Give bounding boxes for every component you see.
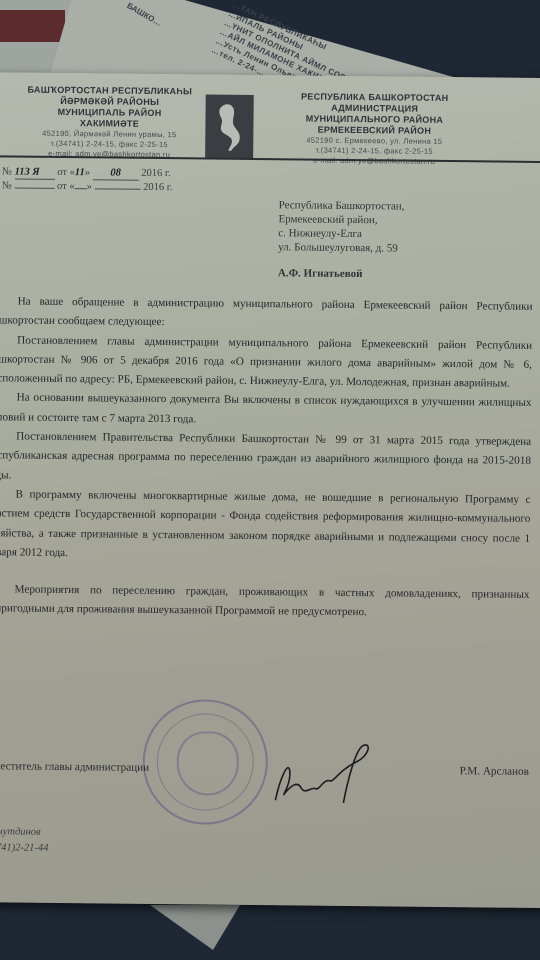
signatory-name: Р.М. Арсланов bbox=[460, 765, 529, 778]
registration-number: № 113 Я от «11» 08 2016 г. № от «» 2016 … bbox=[2, 165, 173, 194]
signatory-title: Заместитель главы администрации bbox=[0, 760, 149, 774]
executor-info: Хуснутдинов (34741)2-21-44 bbox=[0, 824, 49, 857]
paragraph: В программу включены многоквартирные жил… bbox=[0, 485, 531, 568]
letterhead-left: БАШҠОРТОСТАН РЕСПУБЛИКАҺЫ ЙӘРМӘКӘЙ РАЙОН… bbox=[9, 84, 210, 160]
paragraph: Постановлением главы администрации муниц… bbox=[0, 331, 532, 395]
letter-body: На ваше обращение в администрацию муници… bbox=[0, 292, 533, 624]
paragraph: На основании вышеуказанного документа Вы… bbox=[0, 389, 532, 433]
addressee-name: А.Ф. Игнатьевой bbox=[278, 266, 404, 281]
horse-emblem-icon bbox=[205, 94, 254, 158]
registration-line-2: № от «» 2016 г. bbox=[2, 179, 173, 194]
paragraph: Постановлением Правительства Республики … bbox=[0, 427, 531, 491]
letter-page: БАШҠОРТОСТАН РЕСПУБЛИКАҺЫ ЙӘРМӘКӘЙ РАЙОН… bbox=[0, 72, 540, 908]
red-folder-corner bbox=[0, 10, 65, 42]
handwritten-signature-icon bbox=[267, 730, 388, 811]
addressee-block: Республика Башкортостан, Ермекеевский ра… bbox=[278, 198, 405, 281]
bottom-sheet-flap bbox=[150, 905, 240, 950]
paragraph: На ваше обращение в администрацию муници… bbox=[0, 292, 533, 336]
letterhead-right: РЕСПУБЛИКА БАШКОРТОСТАН АДМИНИСТРАЦИЯ МУ… bbox=[274, 91, 475, 167]
official-stamp-icon bbox=[142, 699, 268, 825]
stamp-emblem bbox=[176, 731, 239, 796]
paragraph: Мероприятия по переселению граждан, прож… bbox=[0, 580, 530, 624]
